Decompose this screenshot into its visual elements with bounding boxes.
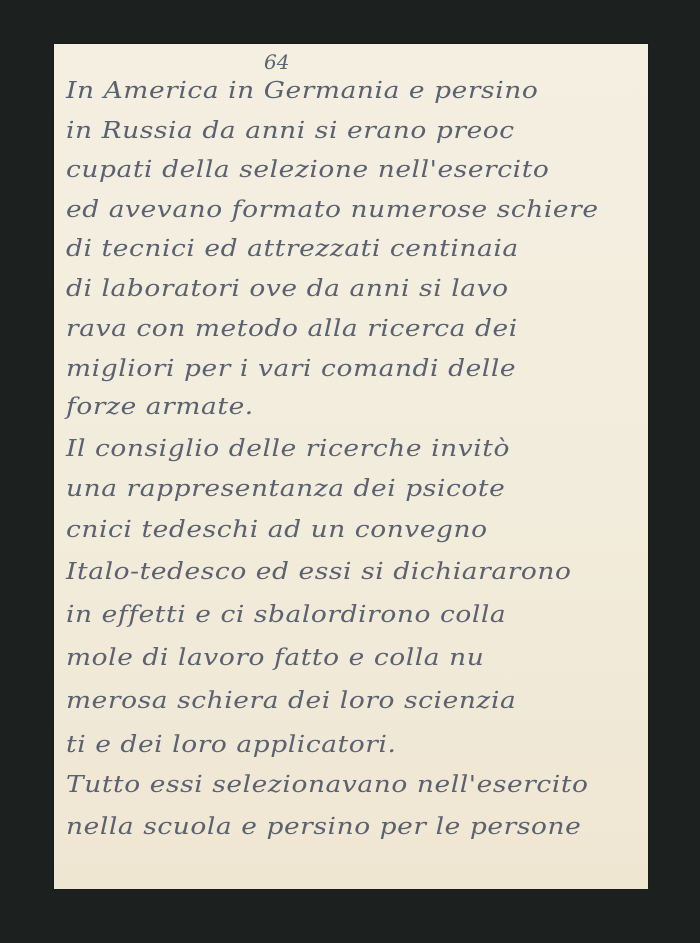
text-line: una rappresentanza dei psicote: [66, 476, 505, 502]
text-line: merosa schiera dei loro scienzia: [66, 688, 516, 714]
text-line: Il consiglio delle ricerche invitò: [66, 436, 510, 462]
text-line: In America in Germania e persino: [66, 78, 538, 104]
text-line: cnici tedeschi ad un convegno: [66, 517, 488, 543]
text-line: di tecnici ed attrezzati centinaia: [66, 236, 519, 262]
text-line: Italo-tedesco ed essi si dichiararono: [66, 559, 572, 585]
text-line: nella scuola e persino per le persone: [66, 814, 581, 840]
text-line: di laboratori ove da anni si lavo: [66, 276, 509, 302]
text-line: Tutto essi selezionavano nell'esercito: [66, 772, 589, 798]
text-line: forze armate.: [66, 394, 254, 420]
text-line: rava con metodo alla ricerca dei: [66, 316, 518, 342]
text-line: in Russia da anni si erano preoc: [66, 118, 515, 144]
page-number: 64: [264, 50, 289, 74]
text-line: cupati della selezione nell'esercito: [66, 157, 549, 183]
text-line: migliori per i vari comandi delle: [66, 356, 516, 382]
manuscript-page: 64 In America in Germania e persino in R…: [54, 44, 648, 889]
text-line: in effetti e ci sbalordirono colla: [66, 602, 506, 628]
text-line: mole di lavoro fatto e colla nu: [66, 645, 484, 671]
text-line: ed avevano formato numerose schiere: [66, 197, 599, 223]
text-line: ti e dei loro applicatori.: [66, 732, 397, 758]
